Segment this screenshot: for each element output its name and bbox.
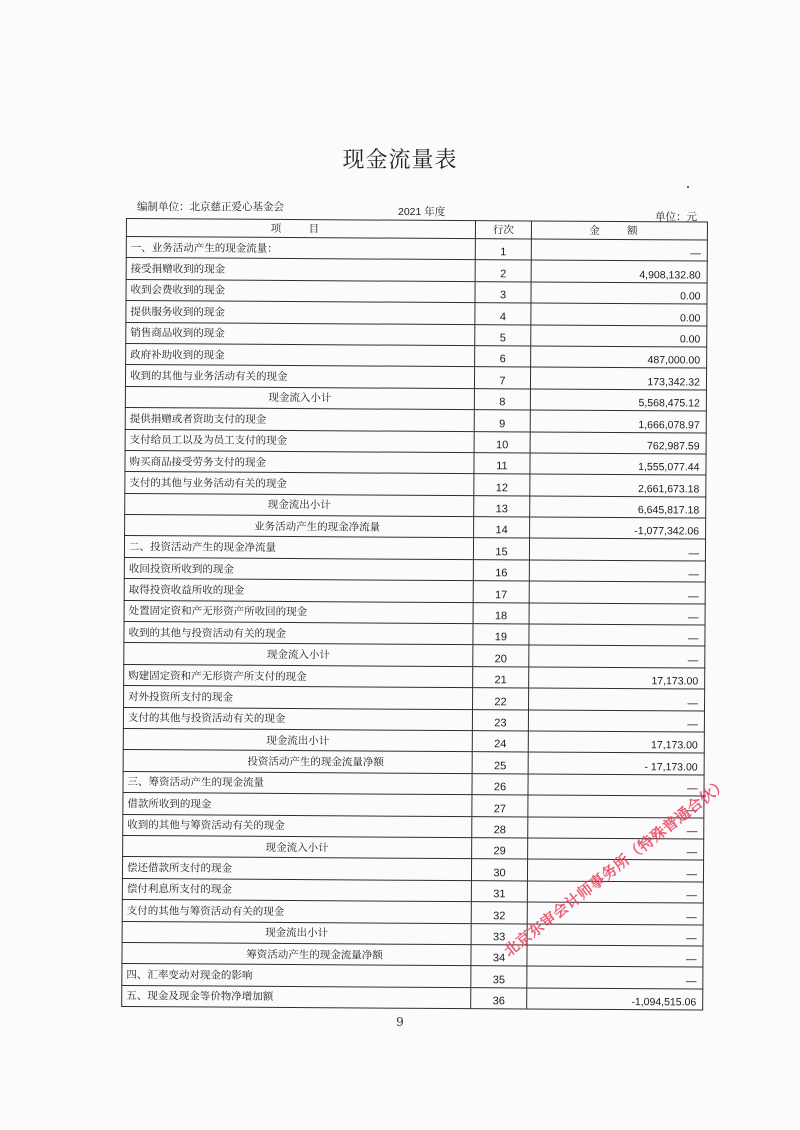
row-number: 17 xyxy=(473,581,529,603)
row-item-label: 购买商品接受劳务支付的现金 xyxy=(125,450,474,474)
row-amount: -1,077,342.06 xyxy=(530,517,706,539)
row-number: 10 xyxy=(474,431,530,453)
row-number: 24 xyxy=(472,731,528,753)
header-item: 项 目 xyxy=(126,219,475,239)
page-title: 现金流量表 xyxy=(0,143,800,174)
row-number: 23 xyxy=(472,709,528,731)
row-number: 26 xyxy=(472,773,528,795)
row-item-label: 借款所收到的现金 xyxy=(123,793,472,817)
row-number: 31 xyxy=(471,880,527,902)
row-item-label: 四、汇率变动对现金的影响 xyxy=(122,964,471,988)
header-row-number: 行次 xyxy=(475,221,531,239)
row-item-label: 对外投资所支付的现金 xyxy=(124,686,473,710)
row-item-label: 一、业务活动产生的现金流量： xyxy=(126,237,475,261)
row-number: 27 xyxy=(472,795,528,817)
row-amount: — xyxy=(527,881,703,903)
row-number: 36 xyxy=(471,987,527,1009)
row-number: 14 xyxy=(474,517,530,539)
row-number: 35 xyxy=(471,966,527,988)
row-number: 9 xyxy=(474,410,530,432)
row-number: 15 xyxy=(473,538,529,560)
row-number: 32 xyxy=(471,902,527,924)
row-amount: 0.00 xyxy=(531,282,707,304)
row-amount: — xyxy=(527,945,703,967)
row-item-label: 取得投资收益所收的现金 xyxy=(124,579,473,603)
cash-flow-table-container: 项 目 行次 金 额 一、业务活动产生的现金流量：1—接受捐赠收到的现金24,9… xyxy=(121,218,707,1011)
row-amount: 1,555,077.44 xyxy=(530,453,706,475)
row-number: 13 xyxy=(474,495,530,517)
row-amount: 0.00 xyxy=(531,325,707,347)
row-number: 5 xyxy=(475,324,531,346)
row-amount: 2,661,673.18 xyxy=(530,474,706,496)
row-number: 1 xyxy=(475,239,531,261)
row-amount: 487,000.00 xyxy=(531,346,707,368)
row-amount: — xyxy=(528,774,704,796)
row-item-label: 提供捐赠或者资助支付的现金 xyxy=(125,408,474,432)
row-item-label: 收到会费收到的现金 xyxy=(126,279,475,303)
period-label: 2021 年度 xyxy=(398,204,445,219)
row-amount: - 17,173.00 xyxy=(528,752,704,774)
row-amount: — xyxy=(528,710,704,732)
row-number: 8 xyxy=(474,388,530,410)
row-amount: — xyxy=(529,624,705,646)
organization-label: 编制单位：北京慈正爱心基金会 xyxy=(137,199,284,214)
row-item-label: 支付给员工以及为员工支付的现金 xyxy=(125,429,474,453)
row-item-label: 五、现金及现金等价物净增加额 xyxy=(122,985,471,1009)
row-item-label: 业务活动产生的现金净流量 xyxy=(125,515,474,539)
row-number: 3 xyxy=(475,281,531,303)
row-item-label: 支付的其他与筹资活动有关的现金 xyxy=(122,900,471,924)
row-item-label: 现金流入小计 xyxy=(123,835,472,859)
row-amount: — xyxy=(527,966,703,988)
row-number: 2 xyxy=(475,260,531,282)
table-row: 五、现金及现金等价物净增加额36-1,094,515.06 xyxy=(122,985,703,1010)
row-amount: 17,173.00 xyxy=(529,667,705,689)
row-item-label: 销售商品收到的现金 xyxy=(126,322,475,346)
row-number: 20 xyxy=(473,645,529,667)
row-number: 16 xyxy=(473,559,529,581)
row-amount: 5,568,475.12 xyxy=(530,389,706,411)
row-item-label: 现金流出小计 xyxy=(125,493,474,517)
row-amount: — xyxy=(529,581,705,603)
row-number: 25 xyxy=(472,752,528,774)
row-number: 22 xyxy=(473,688,529,710)
cash-flow-table: 项 目 行次 金 额 一、业务活动产生的现金流量：1—接受捐赠收到的现金24,9… xyxy=(121,218,708,1011)
row-number: 6 xyxy=(475,346,531,368)
page-number: 9 xyxy=(0,1015,800,1029)
row-item-label: 政府补助收到的现金 xyxy=(126,343,475,367)
row-item-label: 处置固定资和产无形资产所收回的现金 xyxy=(124,600,473,624)
row-amount: — xyxy=(531,239,707,261)
row-amount: — xyxy=(529,538,705,560)
row-item-label: 偿还借款所支付的现金 xyxy=(122,857,471,881)
row-number: 4 xyxy=(475,303,531,325)
row-number: 29 xyxy=(472,838,528,860)
row-item-label: 支付的其他与投资活动有关的现金 xyxy=(123,707,472,731)
row-number: 11 xyxy=(474,453,530,475)
row-amount: — xyxy=(529,603,705,625)
row-item-label: 现金流出小计 xyxy=(123,728,472,752)
row-amount: — xyxy=(529,688,705,710)
row-item-label: 二、投资活动产生的现金净流量 xyxy=(124,536,473,560)
row-amount: 6,645,817.18 xyxy=(530,496,706,518)
row-item-label: 收到的其他与投资活动有关的现金 xyxy=(124,622,473,646)
row-item-label: 收到的其他与业务活动有关的现金 xyxy=(125,365,474,389)
row-amount: 4,908,132.80 xyxy=(531,260,707,282)
row-item-label: 支付的其他与业务活动有关的现金 xyxy=(125,472,474,496)
row-item-label: 购建固定资和产无形资产所支付的现金 xyxy=(124,664,473,688)
row-amount: — xyxy=(529,560,705,582)
row-number: 18 xyxy=(473,602,529,624)
row-number: 19 xyxy=(473,624,529,646)
row-amount: -1,094,515.06 xyxy=(527,988,703,1010)
scan-speck xyxy=(687,186,689,188)
row-item-label: 现金流入小计 xyxy=(125,386,474,410)
row-number: 12 xyxy=(474,474,530,496)
row-amount: — xyxy=(529,645,705,667)
row-item-label: 现金流入小计 xyxy=(124,643,473,667)
row-amount: 173,342.32 xyxy=(530,367,706,389)
row-number: 7 xyxy=(474,367,530,389)
row-item-label: 接受捐赠收到的现金 xyxy=(126,258,475,282)
row-item-label: 现金流出小计 xyxy=(122,921,471,945)
row-number: 30 xyxy=(471,859,527,881)
row-item-label: 筹资活动产生的现金流量净额 xyxy=(122,942,471,966)
row-item-label: 收回投资所收到的现金 xyxy=(124,557,473,581)
table-body: 一、业务活动产生的现金流量：1—接受捐赠收到的现金24,908,132.80收到… xyxy=(122,237,708,1011)
row-item-label: 提供服务收到的现金 xyxy=(126,301,475,325)
row-item-label: 收到的其他与筹资活动有关的现金 xyxy=(123,814,472,838)
row-amount: 0.00 xyxy=(531,303,707,325)
row-number: 21 xyxy=(473,666,529,688)
row-item-label: 偿付利息所支付的现金 xyxy=(122,878,471,902)
row-item-label: 投资活动产生的现金流量净额 xyxy=(123,750,472,774)
row-item-label: 三、筹资活动产生的现金流量 xyxy=(123,771,472,795)
row-amount: 17,173.00 xyxy=(528,731,704,753)
row-number: 28 xyxy=(472,816,528,838)
row-amount: 762,987.59 xyxy=(530,431,706,453)
header-amount: 金 额 xyxy=(531,221,707,240)
row-amount: 1,666,078.97 xyxy=(530,410,706,432)
